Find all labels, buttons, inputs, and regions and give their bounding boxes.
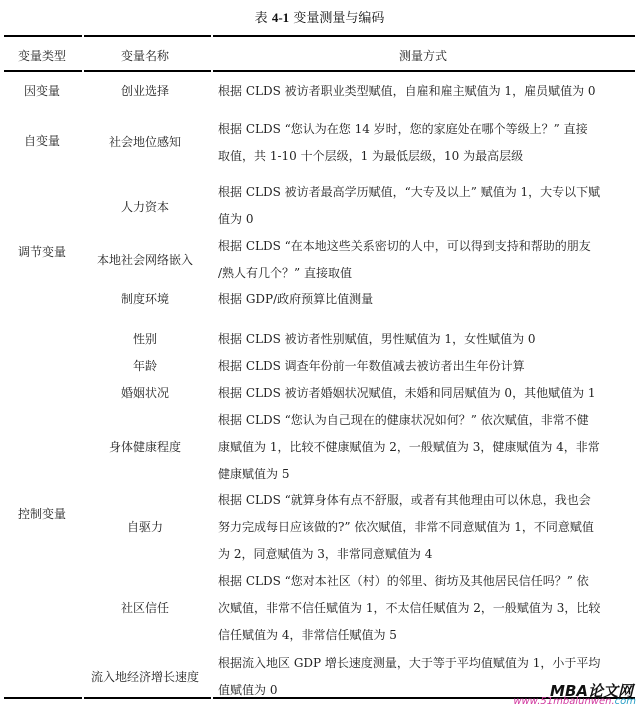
measurement-line: 取值，共 1-10 十个层级，1 为最低层级，10 为最高层级 <box>218 147 628 164</box>
variable-name-cell: 年龄 <box>80 357 210 374</box>
variable-name-cell: 流入地经济增长速度 <box>80 668 210 685</box>
measurement-line: 根据 CLDS “就算身体有点不舒服，或者有其他理由可以休息，我也会 <box>218 491 628 508</box>
measurement-line: 根据 CLDS “您对本社区（村）的邻里、街坊及其他居民信任吗？” 依 <box>218 572 628 589</box>
measurement-line: 健康赋值为 5 <box>218 465 628 482</box>
variable-name-cell: 社区信任 <box>80 599 210 616</box>
measurement-line: 康赋值为 1，比较不健康赋值为 2，一般赋值为 3，健康赋值为 4，非常 <box>218 438 628 455</box>
watermark-url: www.51mbalunwen.com <box>513 696 636 707</box>
measurement-line: 根据 CLDS 调查年份前一年数值减去被访者出生年份计算 <box>218 357 628 374</box>
measurement-line: 为 2，同意赋值为 3，非常同意赋值为 4 <box>218 545 628 562</box>
measurement-line: 根据 CLDS 被访者最高学历赋值，“大专及以上” 赋值为 1，大专以下赋 <box>218 183 628 200</box>
variable-name-cell: 社会地位感知 <box>80 133 210 150</box>
variable-name-cell: 性别 <box>80 330 210 347</box>
top-rule <box>4 35 635 37</box>
measurement-line: 努力完成每日应该做的?” 依次赋值，非常不同意赋值为 1，不同意赋值 <box>218 518 628 535</box>
header-variable-type: 变量类型 <box>4 47 80 64</box>
measurement-line: /熟人有几个？” 直接取值 <box>218 264 628 281</box>
measurement-line: 值为 0 <box>218 210 628 227</box>
header-measurement: 测量方式 <box>218 47 628 64</box>
variable-type-cell: 自变量 <box>4 132 80 149</box>
variable-type-cell: 因变量 <box>4 82 80 99</box>
variable-type-cell: 调节变量 <box>4 243 80 260</box>
measurement-line: 次赋值，非常不信任赋值为 1，不太信任赋值为 2，一般赋值为 3，比较 <box>218 599 628 616</box>
measurement-line: 根据 CLDS “您认为在您 14 岁时，您的家庭处在哪个等级上？” 直接 <box>218 120 628 137</box>
variable-name-cell: 制度环境 <box>80 290 210 307</box>
watermark-url-tld: com <box>615 696 636 707</box>
measurement-line: 根据 GDP/政府预算比值测量 <box>218 290 628 307</box>
variable-name-cell: 人力资本 <box>80 198 210 215</box>
measurement-line: 根据 CLDS “在本地这些关系密切的人中，可以得到支持和帮助的朋友 <box>218 237 628 254</box>
table-caption: 表 4-1 变量测量与编码 <box>0 7 639 26</box>
header-rule <box>4 70 635 72</box>
watermark-url-main: www.51mbalunwen. <box>513 696 614 707</box>
measurement-line: 根据 CLDS 被访者职业类型赋值，自雇和雇主赋值为 1，雇员赋值为 0 <box>218 82 628 99</box>
variable-type-cell: 控制变量 <box>4 505 80 522</box>
variable-name-cell: 婚姻状况 <box>80 384 210 401</box>
variable-name-cell: 本地社会网络嵌入 <box>80 251 210 268</box>
variable-name-cell: 身体健康程度 <box>80 438 210 455</box>
caption-number: 4-1 <box>272 10 289 25</box>
measurement-line: 信任赋值为 4，非常信任赋值为 5 <box>218 626 628 643</box>
measurement-line: 根据 CLDS 被访者性别赋值，男性赋值为 1，女性赋值为 0 <box>218 330 628 347</box>
measurement-line: 根据 CLDS “您认为自己现在的健康状况如何？” 依次赋值，非常不健 <box>218 411 628 428</box>
measurement-line: 根据 CLDS 被访者婚姻状况赋值，未婚和同居赋值为 0，其他赋值为 1 <box>218 384 628 401</box>
header-variable-name: 变量名称 <box>80 47 210 64</box>
caption-title: 变量测量与编码 <box>293 11 384 26</box>
variable-name-cell: 创业选择 <box>80 82 210 99</box>
measurement-line: 根据流入地区 GDP 增长速度测量，大于等于平均值赋值为 1，小于平均 <box>218 654 628 671</box>
variable-name-cell: 自驱力 <box>80 518 210 535</box>
caption-prefix: 表 <box>255 11 268 26</box>
